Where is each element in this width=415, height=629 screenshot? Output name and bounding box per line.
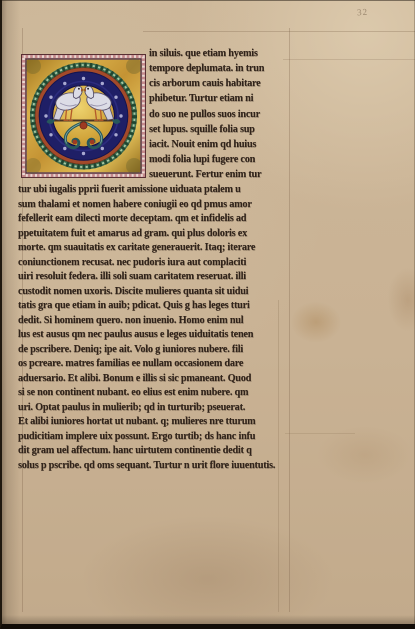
text-line: sum thalami et nomen habere coniugii eo … (18, 198, 281, 213)
ruling-line (283, 59, 415, 60)
turtledoves-miniature-icon (21, 54, 146, 178)
text-line: solus p pscribe. qd oms sequant. Turtur … (18, 459, 281, 474)
text-line: tur ubi iugalis pprii fuerit amissione u… (18, 183, 281, 198)
text-line: modi folia lupi fugere con (149, 152, 283, 167)
text-line: si se non continent nubant. eo elius est… (18, 386, 281, 401)
text-line: sueuerunt. Fertur enim tur (149, 167, 283, 182)
text-line: Et alibi iuniores hortat ut nubant. q; m… (18, 415, 281, 430)
text-line: phibetur. Turtur etiam ni (149, 91, 283, 106)
text-line: dedit. Si hominem quero. non inuenio. Ho… (18, 314, 281, 329)
folio-number: 32 (357, 7, 369, 18)
text-line: custodit nomen uxoris. Discite mulieres … (18, 285, 281, 300)
text-line: uiri resoluit federa. illi soli suam car… (18, 270, 281, 285)
text-line: de pscribere. Deniq; ipe ait. Volo g iun… (18, 343, 281, 358)
text-line: set lupus. squille folia sup (149, 122, 283, 137)
text-line: do suo ne pullos suos incur (149, 107, 283, 122)
text-line: pudicitiam implere uix possunt. Ergo tur… (18, 430, 281, 445)
text-line: cis arborum cauis habitare (149, 76, 283, 91)
ruling-line (285, 433, 355, 434)
ruling-line (289, 28, 290, 612)
text-line: fefellerit eam dilecti morte deceptam. q… (18, 212, 281, 227)
text-line: lus est ausus qm nec paulus ausus e lege… (18, 328, 281, 343)
text-line: iacit. Nouit enim qd huius (149, 137, 283, 152)
text-line: os pcreare. matres familias ee nullam oc… (18, 357, 281, 372)
text-line: in siluis. que etiam hyemis (149, 46, 283, 61)
text-block-full: tur ubi iugalis pprii fuerit amissione u… (18, 183, 281, 473)
text-line: morte. qm suauitatis ex caritate generau… (18, 241, 281, 256)
text-line: dit gram uel affectum. hanc uirtutem con… (18, 444, 281, 459)
text-line: tatis gra que etiam in auib; pdicat. Qui… (18, 299, 281, 314)
text-line: ppetuitatem fuit et amarus ad gram. qui … (18, 227, 281, 242)
manuscript-page: 32 (0, 0, 415, 629)
text-line: coniunctionem recusat. nec pudoris iura … (18, 256, 281, 271)
ruling-line (143, 31, 415, 32)
text-line: aduersario. Et alibi. Bonum e illis si s… (18, 372, 281, 387)
text-line: uri. Optat paulus in mulierib; qd in tur… (18, 401, 281, 416)
text-line: tempore deplumata. in trun (149, 61, 283, 76)
text-block-indented: in siluis. que etiam hyemistempore deplu… (149, 46, 283, 182)
